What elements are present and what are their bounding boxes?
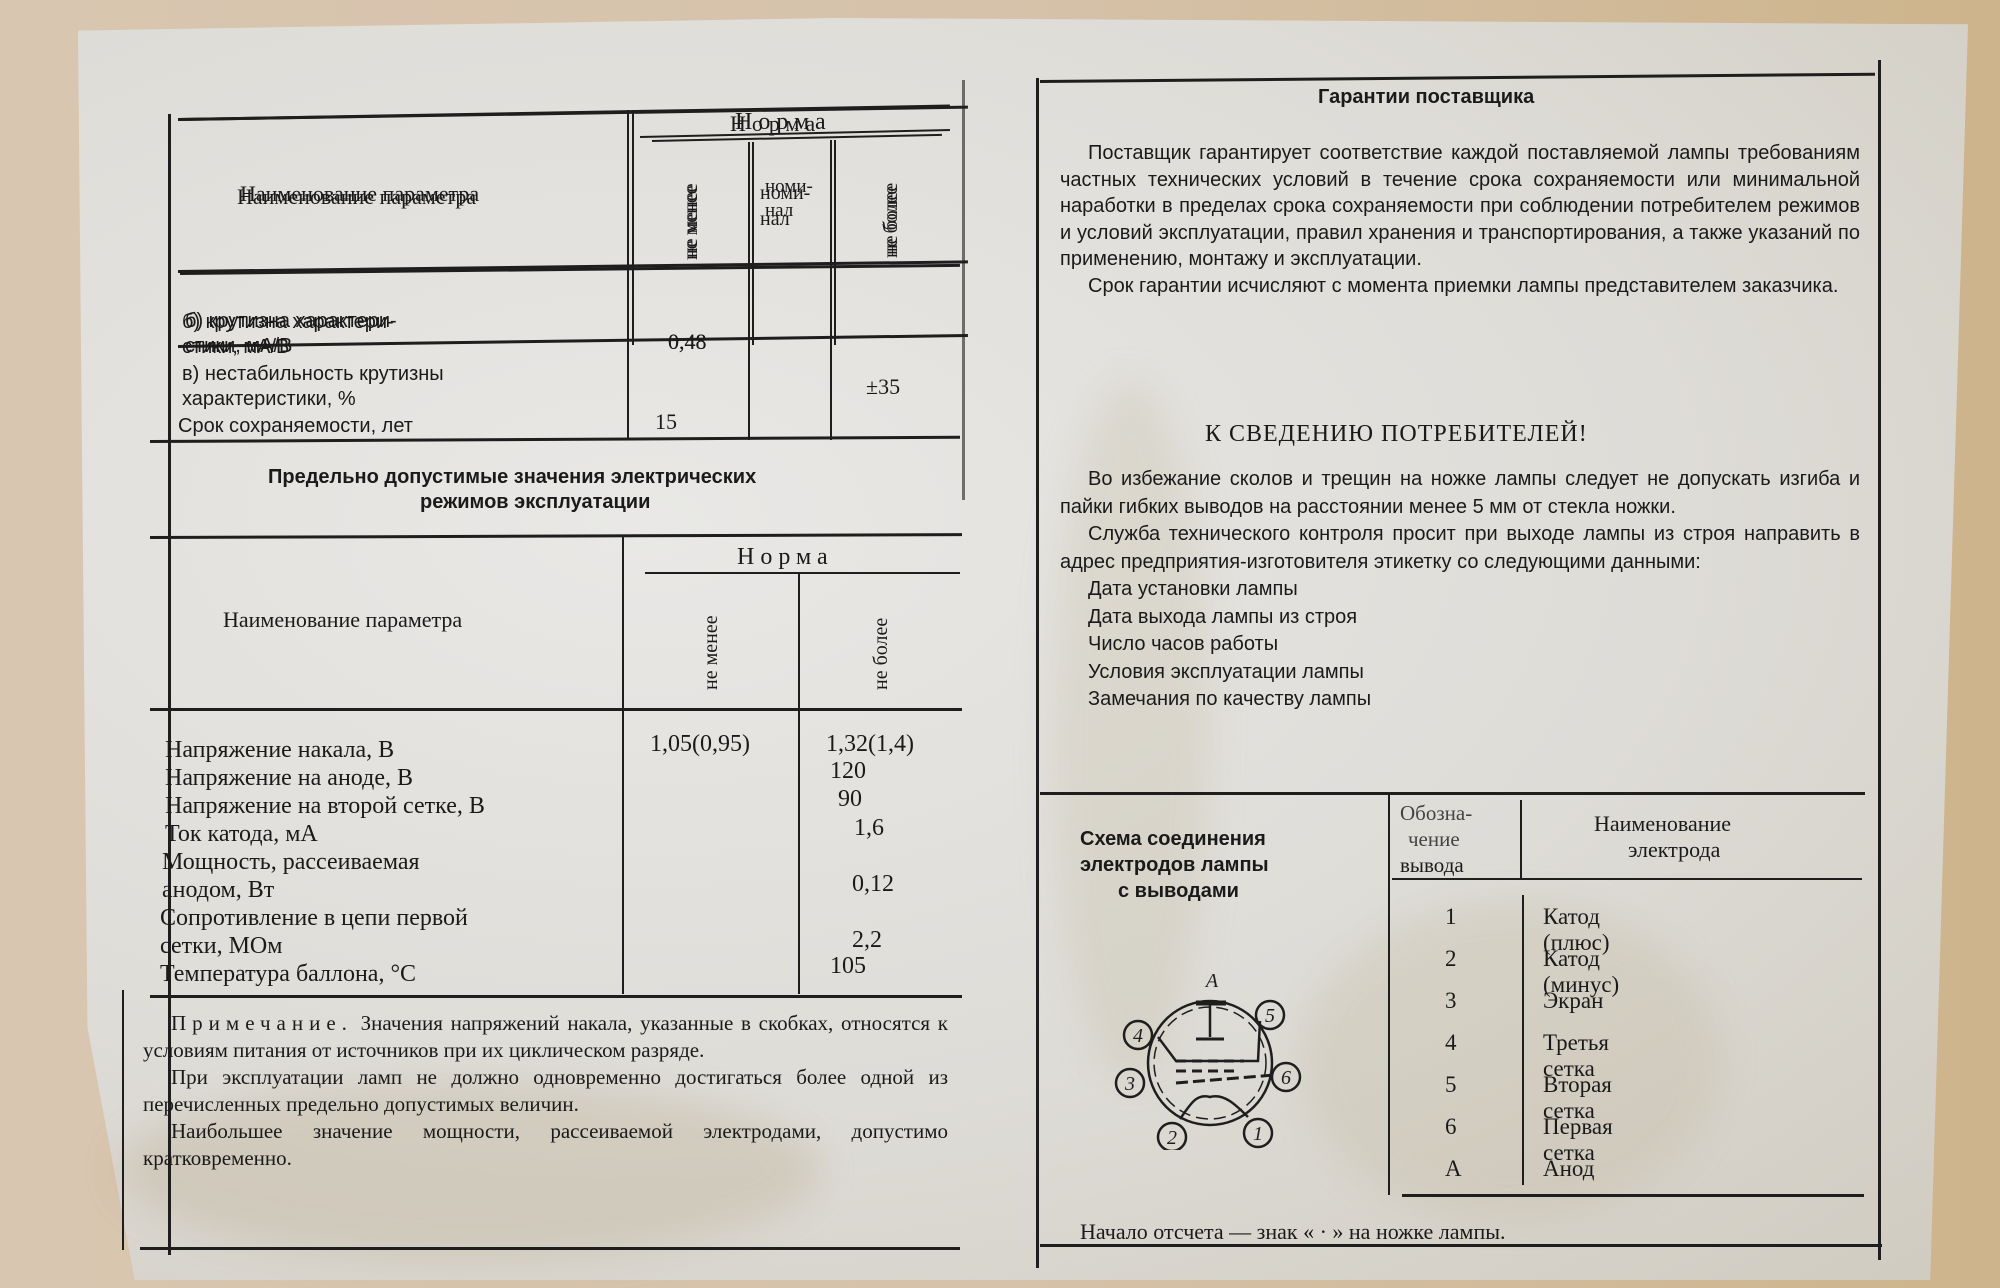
row-label: Напряжение на второй сетке, В [165, 792, 485, 820]
schema-title-line: Схема соединения [1080, 826, 1266, 852]
svg-text:4: 4 [1133, 1025, 1143, 1047]
row-max-value: 105 [830, 952, 866, 980]
svg-text:5: 5 [1265, 1005, 1275, 1027]
table2-col-divider [798, 574, 800, 994]
name-col-header: Наименование [1594, 810, 1731, 838]
table1-max-header: не более [880, 183, 903, 255]
row-max-value: 0,12 [852, 870, 894, 898]
table1-col-divider [627, 110, 629, 440]
pinout-footer-note: Начало отсчета — знак « · » на ножке лам… [1080, 1218, 1506, 1246]
table2-norm-header: Норма [737, 543, 834, 571]
row-label: анодом, Вт [162, 876, 274, 904]
pin-col-header: чение [1408, 826, 1460, 852]
section2-title-line1: Предельно допустимые значения электричес… [268, 463, 756, 491]
paper-stain [1300, 900, 1720, 1220]
pin-number: 2 [1445, 946, 1457, 972]
table1-nom-header: номи-нал [760, 180, 826, 232]
row-label: Срок сохраняемости, лет [178, 412, 413, 440]
consumers-list-item: Замечания по качеству лампы [1060, 686, 1860, 714]
row-min-value: 0,48 [668, 328, 707, 356]
pin-name: Экран [1543, 988, 1603, 1014]
table1-param-header: Наименование параметра [237, 183, 476, 211]
pinout-bottom-rule [1402, 1194, 1864, 1197]
row-label: сетки, МОм [160, 932, 282, 960]
table2-param-header: Наименование параметра [223, 606, 462, 634]
row-max-value: 120 [830, 757, 866, 785]
row-label: Напряжение на аноде, В [165, 764, 413, 792]
note-paragraph-3: Наибольшее значение мощности, рассеиваем… [143, 1118, 948, 1172]
pin-col-header: Обозна- [1400, 800, 1472, 826]
row-label: б) крутизна характери- [182, 308, 394, 336]
border-right [962, 80, 965, 500]
note-block: Примечание. Значения напряжений накала, … [143, 1010, 948, 1172]
pin-number: 5 [1445, 1072, 1457, 1098]
table2-header-bottom-rule [150, 708, 962, 711]
row-min-value: 1,05(0,95) [650, 730, 750, 758]
warranty-paragraph-1: Поставщик гарантирует соответствие каждо… [1060, 140, 1860, 273]
pin-number: 4 [1445, 1030, 1457, 1056]
note-bottom-rule [140, 1247, 960, 1250]
name-col-header: электрода [1628, 836, 1720, 864]
pin-number: A [1445, 1156, 1462, 1182]
table1-col-divider [748, 142, 750, 440]
warranty-title: Гарантии поставщика [1318, 83, 1534, 111]
consumers-list-item: Число часов работы [1060, 631, 1860, 659]
row-label: стики, мА/В [182, 333, 289, 361]
table1-col-divider [752, 142, 754, 345]
consumers-paragraph-1: Во избежание сколов и трещин на ножке ла… [1060, 466, 1860, 521]
svg-text:6: 6 [1281, 1067, 1291, 1089]
table1-col-divider [834, 140, 836, 345]
right-right-border [1878, 60, 1881, 1260]
note-left-border [122, 990, 124, 1250]
row-label: Ток катода, мА [165, 820, 318, 848]
section2-title-line2: режимов эксплуатации [420, 488, 650, 516]
pinout-header-divider [1520, 800, 1522, 880]
pin-number: 6 [1445, 1114, 1457, 1140]
consumers-list-item: Дата выхода лампы из строя [1060, 604, 1860, 632]
consumers-text: Во избежание сколов и трещин на ножке ла… [1060, 466, 1860, 714]
row-label: Сопротивление в цепи первой [160, 904, 468, 932]
row-max-value: 1,32(1,4) [826, 730, 914, 758]
table1-left-border [168, 114, 171, 444]
row-max-value: ±35 [866, 373, 900, 401]
pinout-top-rule [1040, 792, 1865, 795]
table1-col-divider [632, 110, 634, 345]
table1-bottom-rule [178, 334, 968, 348]
svg-text:3: 3 [1124, 1073, 1135, 1095]
pinout-header-rule [1392, 878, 1862, 880]
note-heading: Примечание. [171, 1011, 353, 1035]
consumers-title: К СВЕДЕНИЮ ПОТРЕБИТЕЛЕЙ! [1205, 420, 1588, 448]
row-max-value: 1,6 [854, 814, 884, 842]
diagram-anode-label: A [1204, 970, 1219, 992]
pin-number: 3 [1445, 988, 1457, 1014]
consumers-list-item: Дата установки лампы [1060, 576, 1860, 604]
consumers-paragraph-2: Служба технического контроля просит при … [1060, 521, 1860, 576]
tube-pinout-diagram-icon: A 1 2 3 4 5 6 [1110, 965, 1320, 1150]
row-label: Напряжение накала, В [165, 736, 394, 764]
pinout-body-divider [1522, 895, 1524, 1185]
pin-col-header: вывода [1400, 852, 1464, 878]
table2-col-divider [622, 536, 624, 994]
warranty-text: Поставщик гарантирует соответствие каждо… [1060, 140, 1860, 299]
table2-max-header: не более [870, 618, 893, 690]
warranty-paragraph-2: Срок гарантии исчисляют с момента приемк… [1060, 273, 1860, 300]
schema-title-line: с выводами [1118, 878, 1239, 904]
svg-text:1: 1 [1253, 1123, 1263, 1145]
row-label: Мощность, рассеиваемая [162, 848, 420, 876]
pin-number: 1 [1445, 904, 1457, 930]
row-label: характеристики, % [182, 385, 356, 413]
table2-bottom-rule [150, 995, 962, 998]
right-left-border [1036, 78, 1039, 1268]
consumers-list-item: Условия эксплуатации лампы [1060, 659, 1860, 687]
row-label: Температура баллона, °С [160, 960, 416, 988]
schema-title-line: электродов лампы [1080, 852, 1269, 878]
row-max-value: 2,2 [852, 926, 882, 954]
row-min-value: 15 [655, 408, 677, 436]
table2-min-header: не менее [700, 615, 723, 690]
row-label: в) нестабильность крутизны [182, 360, 444, 388]
row-max-value: 90 [838, 785, 862, 813]
table1-norm-header: Норма [735, 108, 832, 136]
note-paragraph-2: При эксплуатации ламп не должно одноврем… [143, 1064, 948, 1118]
table1-min-header: не менее [680, 183, 703, 258]
pinout-col-divider [1388, 795, 1390, 1195]
svg-text:2: 2 [1167, 1127, 1177, 1149]
table2-norm-rule [645, 572, 960, 574]
pin-name: Анод [1543, 1156, 1594, 1182]
table1-col-divider [830, 140, 832, 440]
